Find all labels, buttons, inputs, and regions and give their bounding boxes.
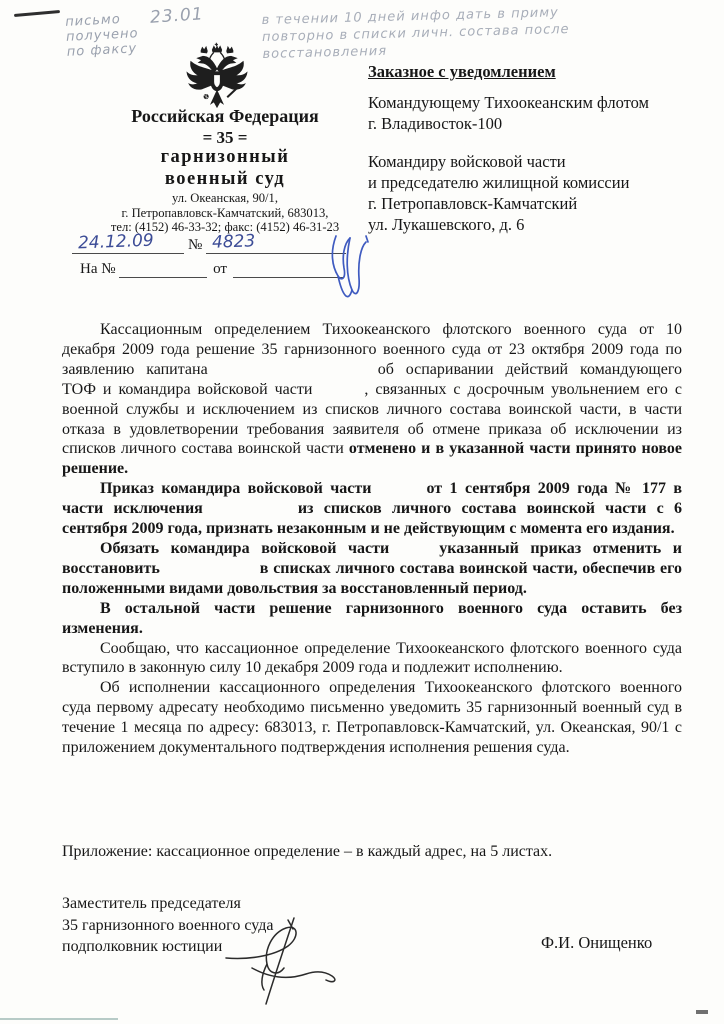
text-line: г. Петропавловск-Камчатский <box>368 194 629 215</box>
handwritten-date-note: 23.01 <box>149 4 204 28</box>
redaction-gap <box>312 393 364 394</box>
redaction-gap <box>208 373 378 374</box>
body-paragraph: Об исполнении кассационного определения … <box>62 678 682 758</box>
recipient-address-1: Командующему Тихоокеанским флотомг. Влад… <box>368 93 649 135</box>
redaction-gap <box>372 492 427 493</box>
na-label: На № <box>80 261 116 277</box>
signature-scrawl <box>222 916 352 1013</box>
text-line: ул. Лукашевского, д. 6 <box>368 215 629 236</box>
text-line: г. Владивосток-100 <box>368 114 649 135</box>
letterhead-court-name-1: гарнизонный <box>56 147 394 168</box>
text-segment: Обязать командира войсковой части <box>100 540 389 557</box>
letterhead: Российская Федерация = 35 = гарнизонный … <box>56 106 394 235</box>
document-page: письмополученопо факсу 23.01 в течении 1… <box>0 0 724 1024</box>
letterhead-country: Российская Федерация <box>56 106 394 127</box>
body-paragraph: В остальной части решение гарнизонного в… <box>62 599 682 639</box>
text-segment: Сообщаю, что кассационное определение Ти… <box>62 640 682 677</box>
text-line: г. Петропавловск-Камчатский, 683013, <box>56 206 394 221</box>
recipient-address-2: Командиру войсковой частии председателю … <box>368 152 629 236</box>
incoming-number-blank <box>119 260 207 278</box>
signer-name: Ф.И. Онищенко <box>541 933 652 953</box>
reference-line: 24.12.09 № 4823 На № от <box>62 236 362 278</box>
date-blank: 24.12.09 <box>72 236 184 254</box>
text-segment: В остальной части решение гарнизонного в… <box>62 600 682 637</box>
outgoing-number-row: 24.12.09 № 4823 <box>62 236 362 254</box>
body-text: Кассационным определением Тихоокеанского… <box>62 320 682 758</box>
letterhead-court-name-2: военный суд <box>56 169 394 190</box>
text-segment: Приказ командира войсковой части <box>100 480 372 497</box>
attachment-line: Приложение: кассационное определение – в… <box>62 843 682 861</box>
text-line: Командиру войсковой части <box>368 152 629 173</box>
pen-stroke-mark <box>14 10 60 17</box>
scan-artifact-line <box>0 1018 118 1020</box>
redaction-gap <box>160 572 260 573</box>
letterhead-court-number: = 35 = <box>56 128 394 148</box>
text-line: ул. Океанская, 90/1, <box>56 191 394 206</box>
text-line: и председателю жилищной комиссии <box>368 173 629 194</box>
letterhead-address: ул. Океанская, 90/1,г. Петропавловск-Кам… <box>56 191 394 236</box>
handwritten-note-left: письмополученопо факсу <box>65 11 140 60</box>
body-paragraph: Приказ командира войсковой частиот 1 сен… <box>62 479 682 539</box>
delivery-method-label: Заказное с уведомлением <box>368 62 556 82</box>
text-line: Заместитель председателя <box>62 893 273 915</box>
ot-label: от <box>211 261 229 277</box>
redaction-gap <box>203 512 298 513</box>
incoming-number-row: На № от <box>62 260 362 278</box>
text-line: Командующему Тихоокеанским флотом <box>368 93 649 114</box>
scan-artifact-dash <box>696 1010 708 1014</box>
handwritten-reg-number: 4823 <box>212 231 256 252</box>
blue-ink-flourish <box>326 232 370 317</box>
redaction-gap <box>389 552 439 553</box>
body-paragraph: Обязать командира войсковой частиуказанн… <box>62 539 682 599</box>
body-paragraph: Сообщаю, что кассационное определение Ти… <box>62 639 682 679</box>
number-sign: № <box>184 237 206 253</box>
handwritten-reg-date: 24.12.09 <box>78 231 154 254</box>
text-segment: Об исполнении кассационного определения … <box>62 679 682 756</box>
handwritten-note-right: в течении 10 дней инфо дать в примуповто… <box>261 4 570 63</box>
handwritten-text: 23.01 <box>149 4 204 28</box>
body-paragraph: Кассационным определением Тихоокеанского… <box>62 320 682 479</box>
text-line: по факсу <box>66 41 139 60</box>
